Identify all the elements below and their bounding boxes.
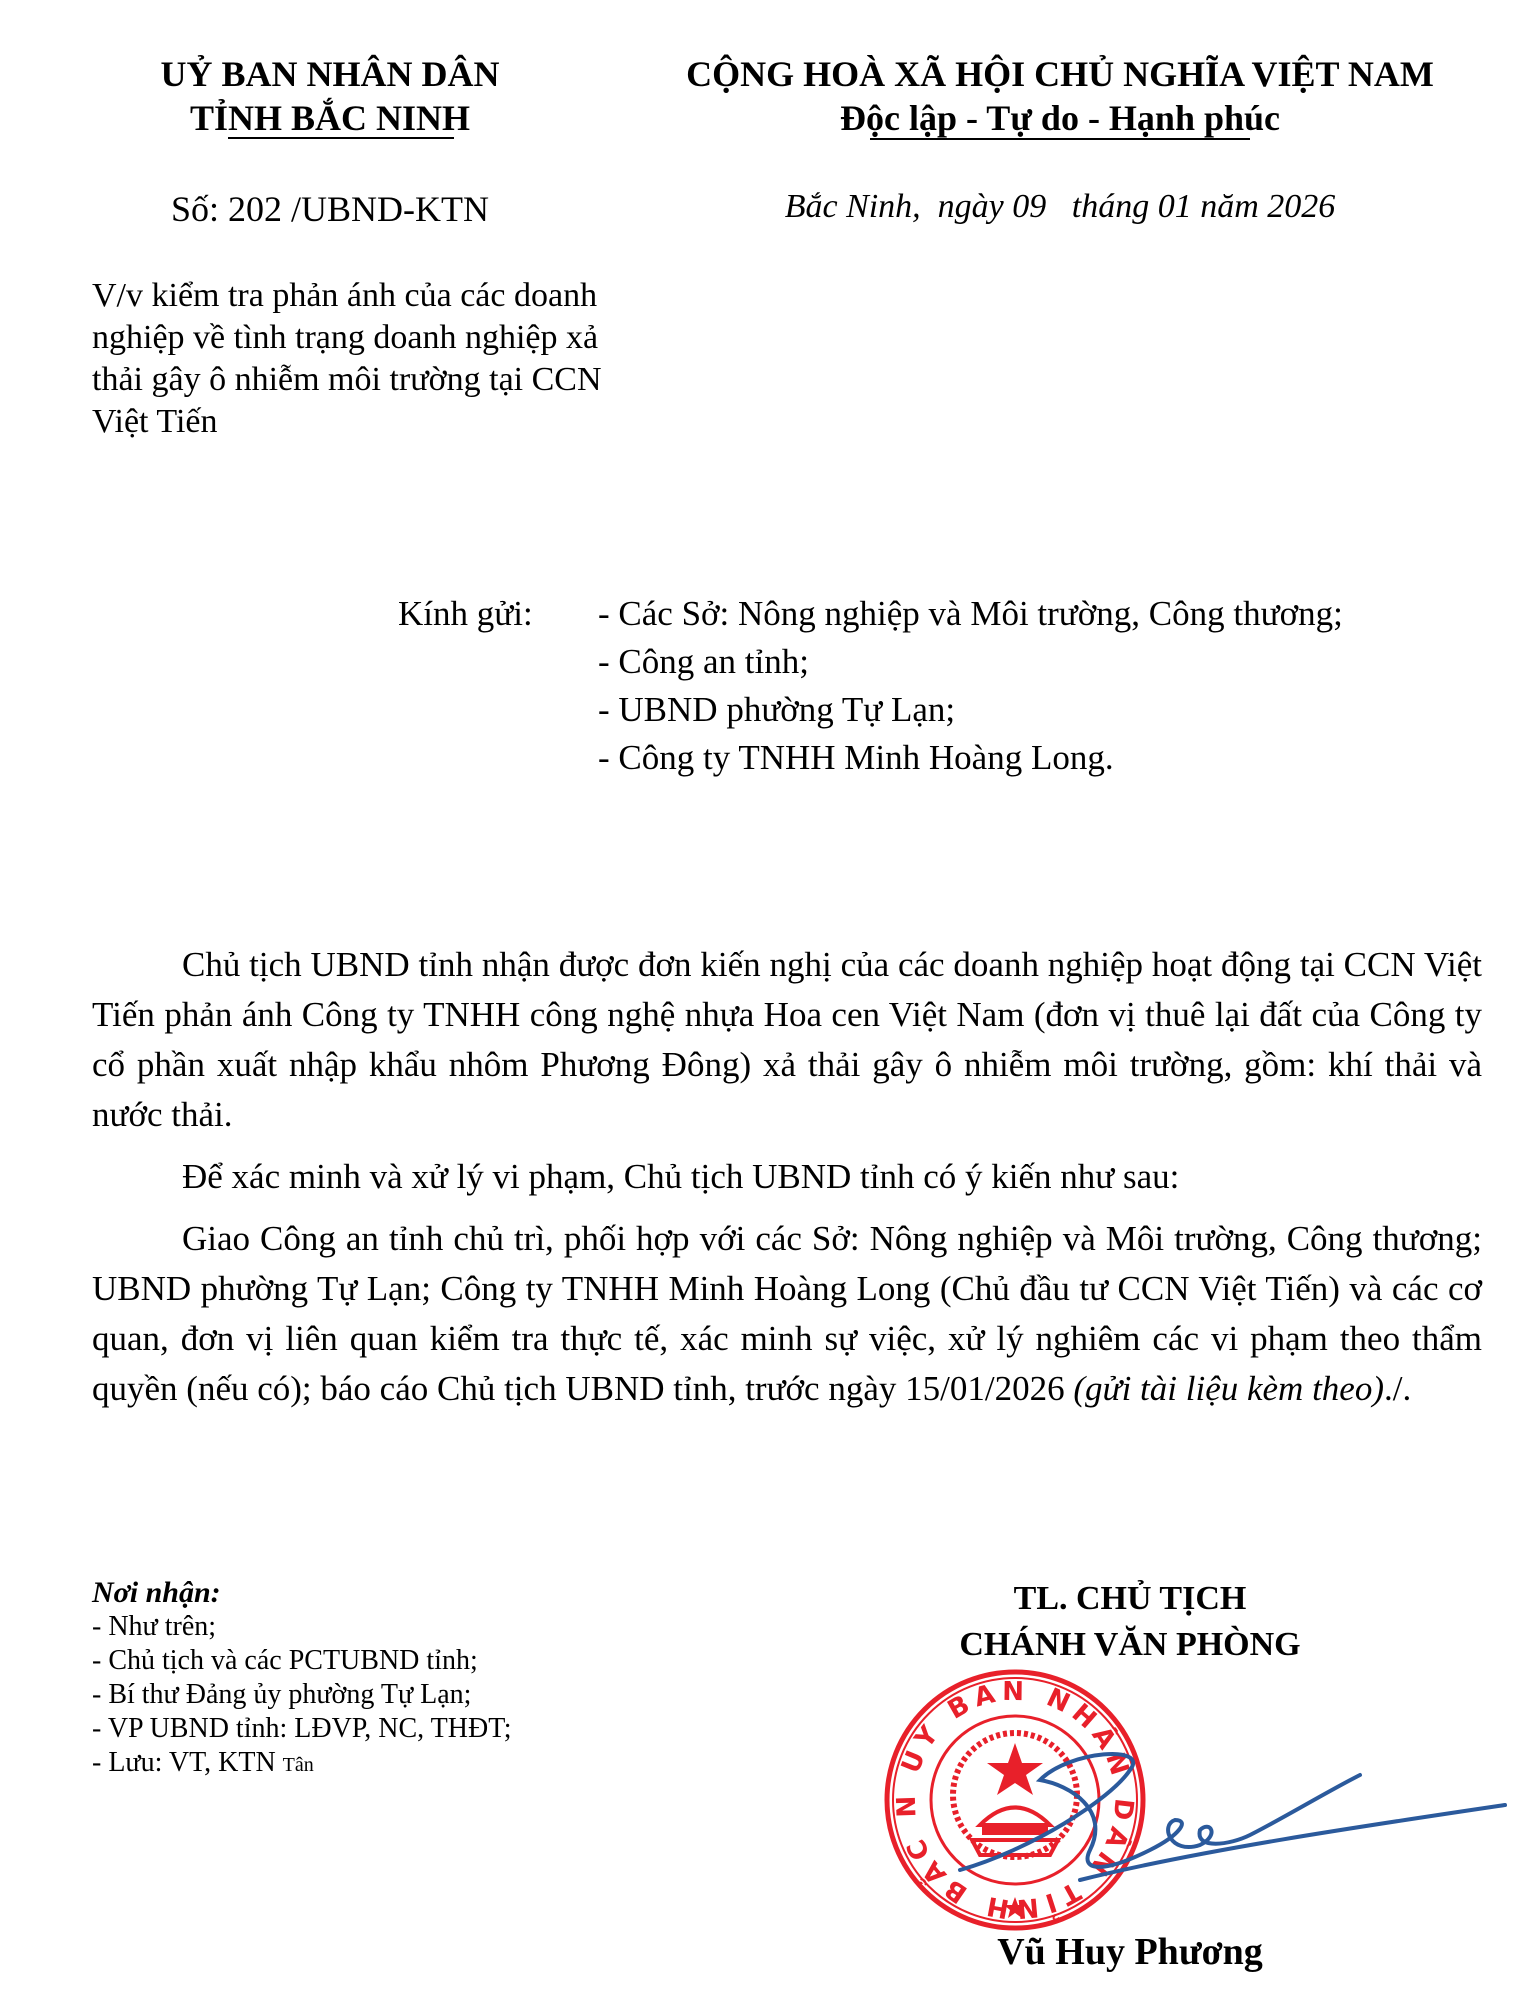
distribution-item: - VP UBND tỉnh: LĐVP, NC, THĐT; [92, 1712, 512, 1746]
motto-line: Độc lập - Tự do - Hạnh phúc [840, 96, 1280, 140]
signer-name: Vũ Huy Phương [880, 1930, 1380, 1974]
distribution-item: - Bí thư Đảng ủy phường Tự Lạn; [92, 1678, 512, 1712]
issuing-agency: UỶ BAN NHÂN DÂN TỈNH BẮC NINH [60, 52, 600, 140]
agency-name-line2: TỈNH BẮC NINH [190, 96, 470, 140]
recipient-item: - Các Sở: Nông nghiệp và Môi trường, Côn… [598, 590, 1343, 638]
subject-line: V/v kiểm tra phản ánh của các doanh [92, 275, 632, 317]
agency-underline [228, 137, 454, 139]
agency-province: TỈNH BẮC NINH [190, 98, 470, 138]
subject-line: thải gây ô nhiễm môi trường tại CCN [92, 359, 632, 401]
document-number: Số: 202 /UBND-KTN [60, 188, 600, 230]
subject-line: nghiệp về tình trạng doanh nghiệp xả [92, 317, 632, 359]
signature-authority: TL. CHỦ TỊCH [880, 1576, 1380, 1622]
body-paragraph: Để xác minh và xử lý vi phạm, Chủ tịch U… [92, 1152, 1482, 1202]
signature-title: TL. CHỦ TỊCH CHÁNH VĂN PHÒNG [880, 1576, 1380, 1668]
distribution-title: Nơi nhận: [92, 1576, 512, 1610]
signature-position: CHÁNH VĂN PHÒNG [880, 1622, 1380, 1668]
subject-line: Việt Tiến [92, 401, 632, 443]
recipient-item: - UBND phường Tự Lạn; [598, 686, 1343, 734]
distribution-list: Nơi nhận: - Như trên; - Chủ tịch và các … [92, 1576, 512, 1782]
motto-text: Độc lập - Tự do - Hạnh phúc [840, 98, 1280, 138]
motto-underline [870, 138, 1250, 140]
drafter-initial: Tân [283, 1754, 314, 1776]
archive-item: - Lưu: VT, KTN [92, 1747, 276, 1778]
distribution-item: - Lưu: VT, KTN Tân [92, 1746, 512, 1782]
document-body: Chủ tịch UBND tỉnh nhận được đơn kiến ng… [92, 940, 1482, 1426]
distribution-item: - Như trên; [92, 1610, 512, 1644]
distribution-item: - Chủ tịch và các PCTUBND tỉnh; [92, 1644, 512, 1678]
attachment-note: (gửi tài liệu kèm theo) [1073, 1369, 1384, 1408]
recipients-label: Kính gửi: [398, 590, 533, 638]
closing-mark: ./. [1384, 1369, 1411, 1408]
recipient-item: - Công ty TNHH Minh Hoàng Long. [598, 734, 1343, 782]
nation-name: CỘNG HOÀ XÃ HỘI CHỦ NGHĨA VIỆT NAM [620, 52, 1500, 96]
agency-name-line1: UỶ BAN NHÂN DÂN [60, 52, 600, 96]
handwritten-signature-icon [950, 1740, 1510, 1890]
place-and-date: Bắc Ninh, ngày 09 tháng 01 năm 2026 [620, 188, 1500, 226]
document-subject: V/v kiểm tra phản ánh của các doanh nghi… [92, 275, 632, 443]
national-motto: CỘNG HOÀ XÃ HỘI CHỦ NGHĨA VIỆT NAM Độc l… [620, 52, 1500, 140]
recipients-list: - Các Sở: Nông nghiệp và Môi trường, Côn… [598, 590, 1343, 782]
body-paragraph: Giao Công an tỉnh chủ trì, phối hợp với … [92, 1214, 1482, 1414]
recipient-item: - Công an tỉnh; [598, 638, 1343, 686]
body-paragraph: Chủ tịch UBND tỉnh nhận được đơn kiến ng… [92, 940, 1482, 1140]
